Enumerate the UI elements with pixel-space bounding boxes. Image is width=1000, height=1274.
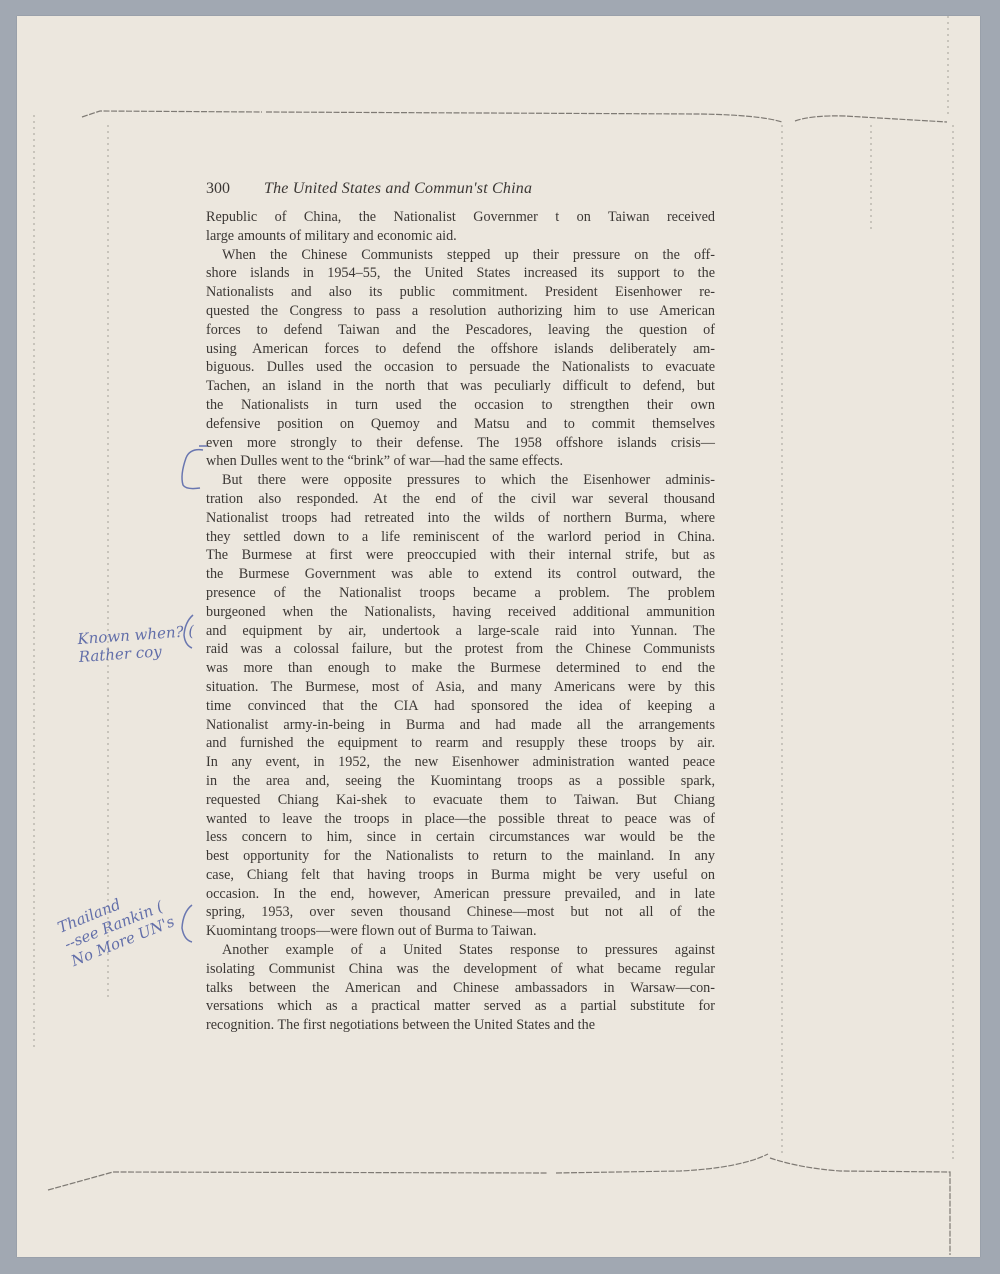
text-line: the Burmese Government was able to exten…: [206, 565, 715, 584]
text-line: case, Chiang felt that having troops in …: [206, 866, 715, 885]
text-line: Nationalist army-in-being in Burma and h…: [206, 716, 715, 735]
text-line: raid was a colossal failure, but the pro…: [206, 640, 715, 659]
page-number: 300: [206, 180, 264, 198]
text-line: Nationalist troops had retreated into th…: [206, 509, 715, 528]
text-line: Kuomintang troops—were flown out of Burm…: [206, 922, 715, 941]
text-line: was more than enough to make the Burmese…: [206, 659, 715, 678]
text-line: Nationalists and also its public commitm…: [206, 283, 715, 302]
text-line: time convinced that the CIA had sponsore…: [206, 697, 715, 716]
text-line: situation. The Burmese, most of Asia, an…: [206, 678, 715, 697]
text-line: requested Chiang Kai-shek to evacuate th…: [206, 791, 715, 810]
text-line: The Burmese at first were preoccupied wi…: [206, 546, 715, 565]
text-line: best opportunity for the Nationalists to…: [206, 847, 715, 866]
scanned-document: 300 The United States and Commun'st Chin…: [0, 0, 1000, 1274]
text-line: Tachen, an island in the north that was …: [206, 377, 715, 396]
body-text: Republic of China, the Nationalist Gover…: [206, 208, 715, 1035]
text-line: In any event, in 1952, the new Eisenhowe…: [206, 753, 715, 772]
text-line: When the Chinese Communists stepped up t…: [206, 246, 715, 265]
paragraph: When the Chinese Communists stepped up t…: [206, 246, 715, 472]
text-line: less concern to him, since in certain ci…: [206, 828, 715, 847]
main-page: 300 The United States and Commun'st Chin…: [206, 180, 715, 1035]
text-line: defensive position on Quemoy and Matsu a…: [206, 415, 715, 434]
text-line: and furnished the equipment to rearm and…: [206, 734, 715, 753]
paragraph: But there were opposite pressures to whi…: [206, 471, 715, 941]
text-line: biguous. Dulles used the occasion to per…: [206, 358, 715, 377]
running-title: The United States and Commun'st China: [264, 180, 532, 198]
paragraph: Another example of a United States respo…: [206, 941, 715, 1035]
paragraph: Republic of China, the Nationalist Gover…: [206, 208, 715, 246]
text-line: and equipment by air, undertook a large-…: [206, 622, 715, 641]
text-line: quested the Congress to pass a resolutio…: [206, 302, 715, 321]
text-line: wanted to leave the troops in place—the …: [206, 810, 715, 829]
text-line: using American forces to defend the offs…: [206, 340, 715, 359]
running-head: 300 The United States and Commun'st Chin…: [206, 180, 715, 202]
text-line: the Nationalists in turn used the occasi…: [206, 396, 715, 415]
text-line: isolating Communist China was the develo…: [206, 960, 715, 979]
text-line: even more strongly to their defense. The…: [206, 434, 715, 453]
text-line: when Dulles went to the “brink” of war—h…: [206, 452, 715, 471]
text-line: tration also responded. At the end of th…: [206, 490, 715, 509]
text-line: burgeoned when the Nationalists, having …: [206, 603, 715, 622]
text-line: occasion. In the end, however, American …: [206, 885, 715, 904]
text-line: But there were opposite pressures to whi…: [206, 471, 715, 490]
text-line: shore islands in 1954–55, the United Sta…: [206, 264, 715, 283]
text-line: recognition. The first negotiations betw…: [206, 1016, 715, 1035]
text-line: large amounts of military and economic a…: [206, 227, 715, 246]
text-line: presence of the Nationalist troops becam…: [206, 584, 715, 603]
text-line: forces to defend Taiwan and the Pescador…: [206, 321, 715, 340]
text-line: they settled down to a life reminiscent …: [206, 528, 715, 547]
text-line: talks between the American and Chinese a…: [206, 979, 715, 998]
text-line: in the area and, seeing the Kuomintang t…: [206, 772, 715, 791]
text-line: Another example of a United States respo…: [206, 941, 715, 960]
text-line: versations which as a practical matter s…: [206, 997, 715, 1016]
text-line: spring, 1953, over seven thousand Chines…: [206, 903, 715, 922]
text-line: Republic of China, the Nationalist Gover…: [206, 208, 715, 227]
